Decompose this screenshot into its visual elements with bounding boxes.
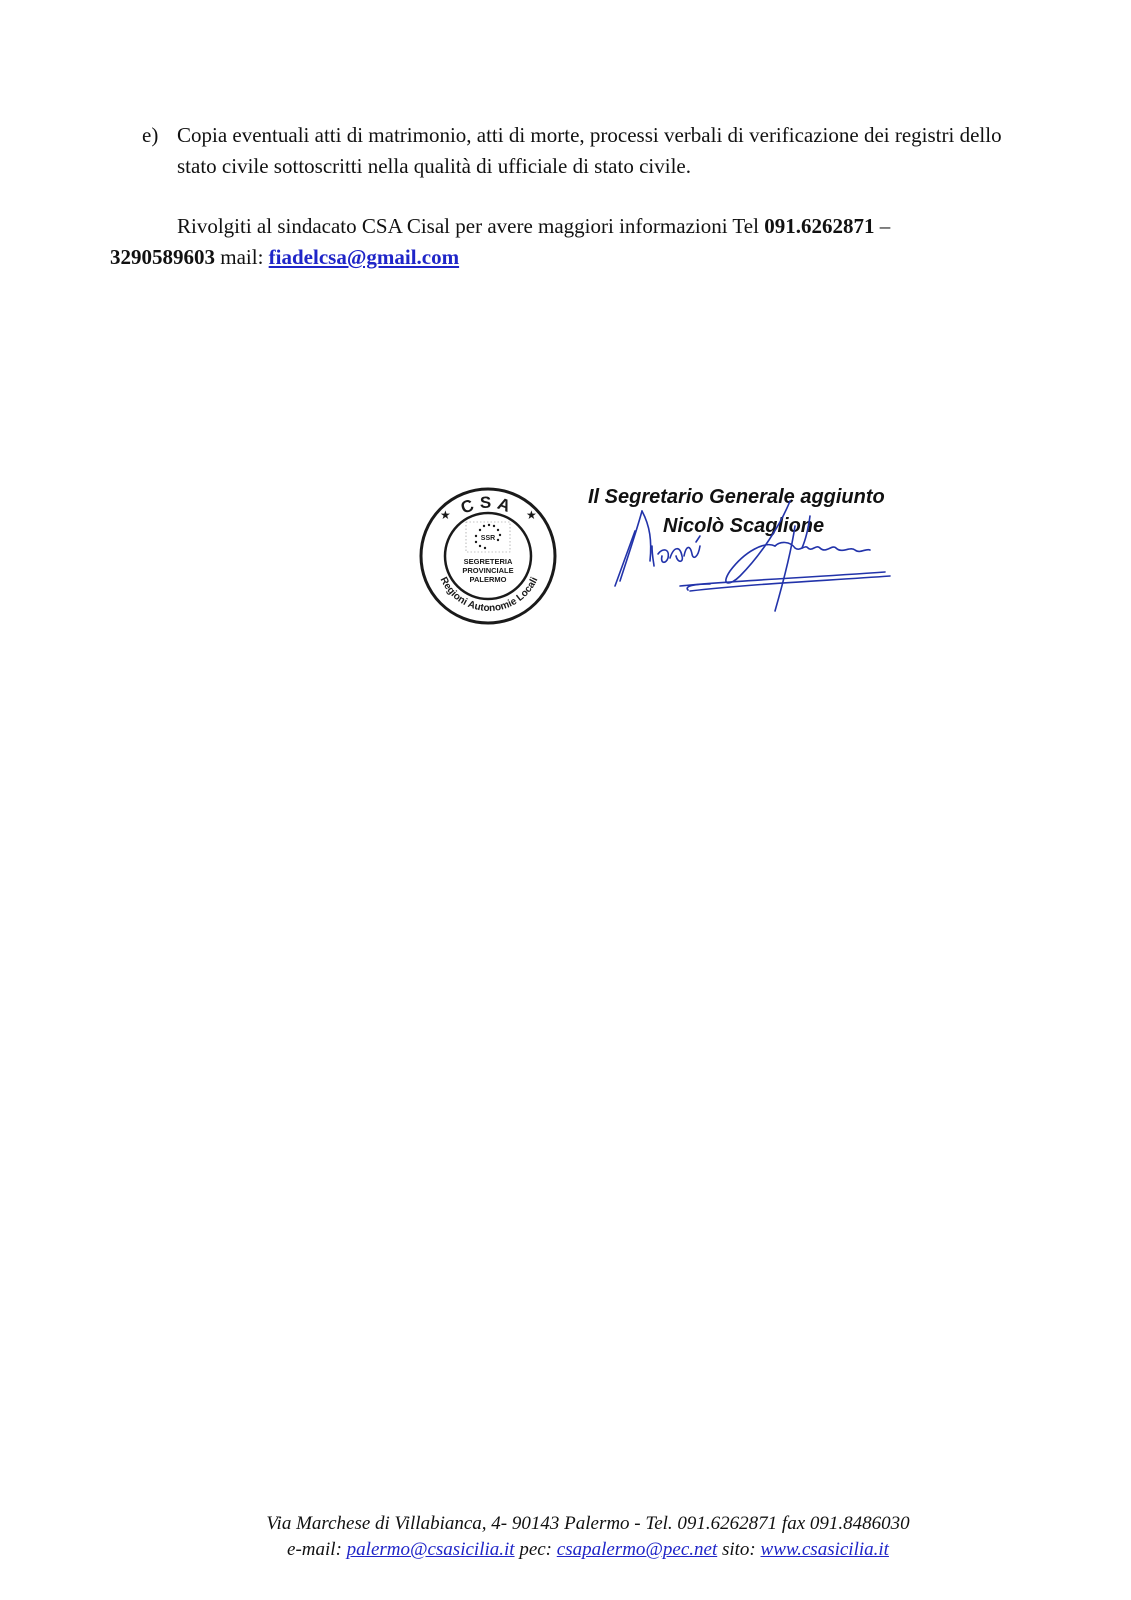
csa-stamp: CSA ★ ★ SSR SEGRETERIA PROVINCIALE PALER…	[418, 486, 558, 626]
contact-dash: –	[874, 214, 890, 238]
contact-phone-2: 3290589603	[110, 245, 215, 269]
svg-text:SSR: SSR	[481, 535, 495, 542]
footer-site-link[interactable]: www.csasicilia.it	[761, 1539, 889, 1560]
svg-text:PALERMO: PALERMO	[470, 575, 507, 584]
list-marker: e)	[142, 120, 158, 151]
footer-pec-link[interactable]: csapalermo@pec.net	[557, 1539, 717, 1560]
footer-email-link[interactable]: palermo@csasicilia.it	[347, 1539, 515, 1560]
svg-text:PROVINCIALE: PROVINCIALE	[462, 566, 513, 575]
footer-contacts: e-mail: palermo@csasicilia.it pec: csapa…	[0, 1537, 1131, 1563]
page-footer: Via Marchese di Villabianca, 4- 90143 Pa…	[0, 1511, 1131, 1563]
contact-phone-1: 091.6262871	[764, 214, 874, 238]
footer-email-label: e-mail:	[287, 1539, 347, 1560]
list-item-text: Copia eventuali atti di matrimonio, atti…	[177, 120, 1042, 182]
svg-text:SEGRETERIA: SEGRETERIA	[464, 557, 513, 566]
stamp-seal-icon: CSA ★ ★ SSR SEGRETERIA PROVINCIALE PALER…	[418, 486, 558, 626]
contact-mail-label: mail:	[215, 245, 269, 269]
footer-site-label: sito:	[717, 1539, 760, 1560]
signature-block: Il Segretario Generale aggiunto Nicolò S…	[580, 486, 940, 626]
svg-text:★: ★	[440, 508, 451, 522]
svg-text:★: ★	[526, 508, 537, 522]
handwritten-signature-icon	[580, 486, 940, 626]
contact-email-link[interactable]: fiadelcsa@gmail.com	[269, 245, 459, 269]
footer-pec-label: pec:	[515, 1539, 557, 1560]
contact-paragraph: Rivolgiti al sindacato CSA Cisal per ave…	[110, 211, 970, 273]
list-item-e: e) Copia eventuali atti di matrimonio, a…	[142, 120, 1042, 182]
footer-address: Via Marchese di Villabianca, 4- 90143 Pa…	[0, 1511, 1131, 1537]
document-page: e) Copia eventuali atti di matrimonio, a…	[0, 0, 1131, 1600]
contact-text: Rivolgiti al sindacato CSA Cisal per ave…	[177, 214, 764, 238]
